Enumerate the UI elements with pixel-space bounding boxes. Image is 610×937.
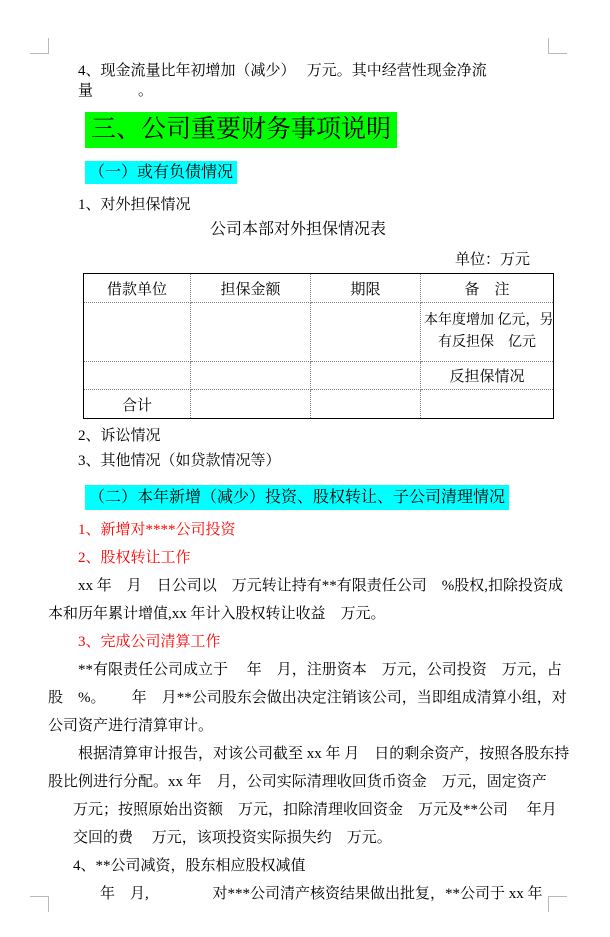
- table-row: 反担保情况: [84, 362, 554, 390]
- document-page: 4、现金流量比年初增加（减少） 万元。其中经营性现金净流量 。 三、公司重要财务…: [0, 0, 610, 937]
- crop-mark-top-left-icon: [30, 38, 49, 54]
- empty-cell: [84, 303, 191, 362]
- liquidation-paragraph-line: 交回的费 万元，该项投资实际损失约 万元。: [48, 824, 548, 852]
- empty-cell: [311, 390, 421, 419]
- counter-guarantee-cell: 反担保情况: [421, 362, 554, 390]
- liquidation-paragraph-line: 股比例进行分配。xx 年 月，公司实际清理收回货币资金 万元，固定资产: [48, 768, 548, 796]
- empty-cell: [191, 390, 311, 419]
- transfer-paragraph-line: 本和历年累计增值,xx 年计入股权转让收益 万元。: [48, 600, 548, 628]
- unit-label: 单位：万元: [48, 251, 548, 269]
- empty-cell: [191, 303, 311, 362]
- cashflow-summary-line: 4、现金流量比年初增加（减少） 万元。其中经营性现金净流量 。: [48, 61, 548, 101]
- section1-heading: （一）或有负债情况: [85, 161, 237, 184]
- header-borrower: 借款单位: [84, 274, 191, 303]
- section2-heading: （二）本年新增（减少）投资、股权转让、子公司清理情况: [85, 485, 509, 510]
- liquidation-paragraph-line: **有限责任公司成立于 年 月，注册资本 万元，公司投资 万元，占: [48, 656, 548, 684]
- equity-transfer-item: 2、股权转让工作: [48, 544, 548, 572]
- empty-cell: [191, 362, 311, 390]
- liquidation-paragraph-line: 万元；按照原始出资额 万元，扣除清理收回资金 万元及**公司 年月: [48, 796, 548, 824]
- liquidation-paragraph-line: 根据清算审计报告，对该公司截至 xx 年 月 日的剩余资产，按照各股东持: [48, 740, 548, 768]
- table-row: 本年度增加 亿元，另 有反担保 亿元: [84, 303, 554, 362]
- liquidation-paragraph-line: 公司资产进行清算审计。: [48, 712, 548, 740]
- section2-body: 1、新增对****公司投资 2、股权转让工作 xx 年 月 日公司以 万元转让持…: [48, 516, 548, 908]
- closing-line: 年 月, 对***公司清产核资结果做出批复，**公司于 xx 年: [48, 880, 548, 908]
- main-heading: 三、公司重要财务事项说明: [85, 112, 397, 148]
- empty-cell: [311, 303, 421, 362]
- remark-line-1: 本年度增加 亿元，另: [424, 310, 550, 332]
- liquidation-item: 3、完成公司清算工作: [48, 628, 548, 656]
- table-total-row: 合计: [84, 390, 554, 419]
- remark-line-2: 有反担保 亿元: [424, 332, 550, 354]
- other-situation-item: 3、其他情况（如贷款情况等）: [48, 451, 548, 471]
- guarantee-table: 借款单位 担保金额 期限 备 注 本年度增加 亿元，另 有反担保 亿元 反担保情…: [83, 273, 554, 419]
- liquidation-paragraph-line: 股 %。 年 月**公司股东会做出决定注销该公司，当即组成清算小组，对: [48, 684, 548, 712]
- new-investment-item: 1、新增对****公司投资: [48, 516, 548, 544]
- remark-cell: 本年度增加 亿元，另 有反担保 亿元: [421, 303, 554, 362]
- table-header-row: 借款单位 担保金额 期限 备 注: [84, 274, 554, 303]
- guarantee-table-title: 公司本部对外担保情况表: [48, 220, 548, 240]
- header-amount: 担保金额: [191, 274, 311, 303]
- empty-cell: [421, 390, 554, 419]
- transfer-paragraph-line: xx 年 月 日公司以 万元转让持有**有限责任公司 %股权,扣除投资成: [48, 572, 548, 600]
- header-remark: 备 注: [421, 274, 554, 303]
- crop-mark-bottom-right-icon: [548, 896, 567, 912]
- total-label-cell: 合计: [84, 390, 191, 419]
- guarantee-item: 1、对外担保情况: [48, 195, 548, 215]
- empty-cell: [311, 362, 421, 390]
- litigation-item: 2、诉讼情况: [48, 426, 548, 446]
- crop-mark-bottom-left-icon: [30, 896, 49, 912]
- header-term: 期限: [311, 274, 421, 303]
- empty-cell: [84, 362, 191, 390]
- crop-mark-top-right-icon: [548, 38, 567, 54]
- document-content: 4、现金流量比年初增加（减少） 万元。其中经营性现金净流量 。 三、公司重要财务…: [48, 53, 548, 908]
- capital-reduction-item: 4、**公司减资，股东相应股权减值: [48, 852, 548, 880]
